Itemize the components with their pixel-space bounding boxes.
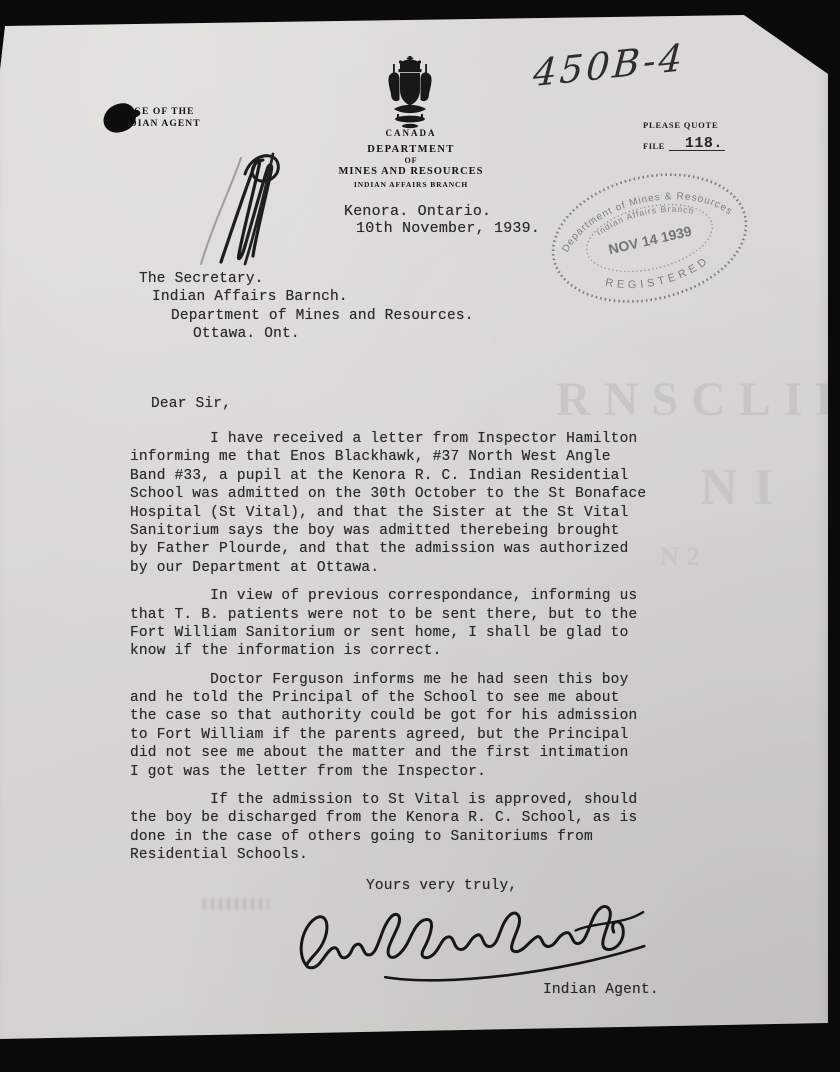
paragraph: In view of previous correspondance, info… — [130, 587, 770, 661]
office-line: CE OF THE — [134, 106, 201, 118]
please-quote-label: PLEASE QUOTE — [643, 120, 725, 130]
letter-line: did not see me about the matter and the … — [130, 744, 770, 762]
letter-line: Band #33, a pupil at the Kenora R. C. In… — [130, 467, 770, 485]
file-reference-block: PLEASE QUOTE FILE 118. — [643, 120, 725, 151]
stamp-date: NOV 14 1939 — [607, 223, 693, 258]
recipient-address: The Secretary.Indian Affairs Barnch.Depa… — [139, 270, 474, 344]
letterhead-dept: MINES AND RESOURCES — [318, 166, 504, 177]
letter-line: that T. B. patients were not to be sent … — [130, 606, 770, 624]
recipient-line: Indian Affairs Barnch. — [152, 288, 474, 306]
date-line: 10th November, 1939. — [356, 220, 540, 237]
handwritten-file-note: 450B-4 — [532, 36, 687, 96]
letter-page: RNSCLIFNIN2 CE OF THE INDIAN AGENT 450B-… — [0, 0, 840, 1072]
letter-line: Sanitorium says the boy was admitted the… — [130, 522, 770, 540]
letter-line: the boy be discharged from the Kenora R.… — [130, 809, 770, 827]
svg-text:REGISTERED: REGISTERED — [602, 253, 715, 300]
bleed-through-fragment: RNSCLIF — [556, 372, 840, 427]
recipient-line: Ottawa. Ont. — [193, 325, 474, 343]
letter-line: to Fort William if the parents agreed, b… — [130, 726, 770, 744]
file-label: FILE — [643, 141, 665, 151]
paragraph: I have received a letter from Inspector … — [130, 430, 770, 577]
paragraph: Doctor Ferguson informs me he had seen t… — [130, 671, 770, 781]
stamp-arc-bottom: REGISTERED — [602, 253, 715, 300]
letter-line: know if the information is correct. — [130, 642, 770, 660]
recipient-line: The Secretary. — [139, 270, 474, 288]
letter-line: by Father Plourde, and that the admissio… — [130, 540, 770, 558]
letterhead: CANADA DEPARTMENT OF MINES AND RESOURCES… — [318, 128, 504, 189]
letter-line: In view of previous correspondance, info… — [130, 587, 770, 605]
letterhead-country: CANADA — [318, 128, 504, 138]
letter-line: Doctor Ferguson informs me he had seen t… — [130, 671, 770, 689]
letter-line: I got was the letter from the Inspector. — [130, 763, 770, 781]
signature-frank-edwards — [291, 890, 659, 995]
letter-line: School was admitted on the 30th October … — [130, 485, 770, 503]
letter-line: Hospital (St Vital), and that the Sister… — [130, 504, 770, 522]
recipient-line: Department of Mines and Resources. — [171, 307, 474, 325]
letterhead-dept: DEPARTMENT — [318, 144, 504, 155]
letter-line: informing me that Enos Blackhawk, #37 No… — [130, 448, 770, 466]
pencil-smudge — [203, 898, 269, 910]
letter-line: by our Department at Ottawa. — [130, 559, 770, 577]
signature-title: Indian Agent. — [543, 982, 659, 998]
letter-line: done in the case of others going to Sani… — [130, 828, 770, 846]
closing-line: Yours very truly, — [366, 878, 517, 894]
scanned-letter: RNSCLIFNIN2 CE OF THE INDIAN AGENT 450B-… — [0, 0, 840, 1072]
place-line: Kenora. Ontario. — [344, 203, 491, 220]
letter-line: the case so that authority could be got … — [130, 707, 770, 725]
letterhead-branch: INDIAN AFFAIRS BRANCH — [318, 180, 504, 189]
letter-line: Residential Schools. — [130, 846, 770, 864]
letter-body: I have received a letter from Inspector … — [130, 430, 770, 875]
paragraph: If the admission to St Vital is approved… — [130, 791, 770, 865]
letter-line: I have received a letter from Inspector … — [130, 430, 770, 448]
letter-line: If the admission to St Vital is approved… — [130, 791, 770, 809]
salutation: Dear Sir, — [151, 396, 231, 412]
letter-line: and he told the Principal of the School … — [130, 689, 770, 707]
pen-scribble-icon — [183, 142, 288, 267]
coat-of-arms-icon — [387, 56, 433, 130]
letter-line: Fort William Sanitorium or sent home, I … — [130, 624, 770, 642]
registered-date-stamp: Department of Mines & Resources Indian A… — [531, 143, 769, 336]
letterhead-dept: OF — [318, 156, 504, 165]
